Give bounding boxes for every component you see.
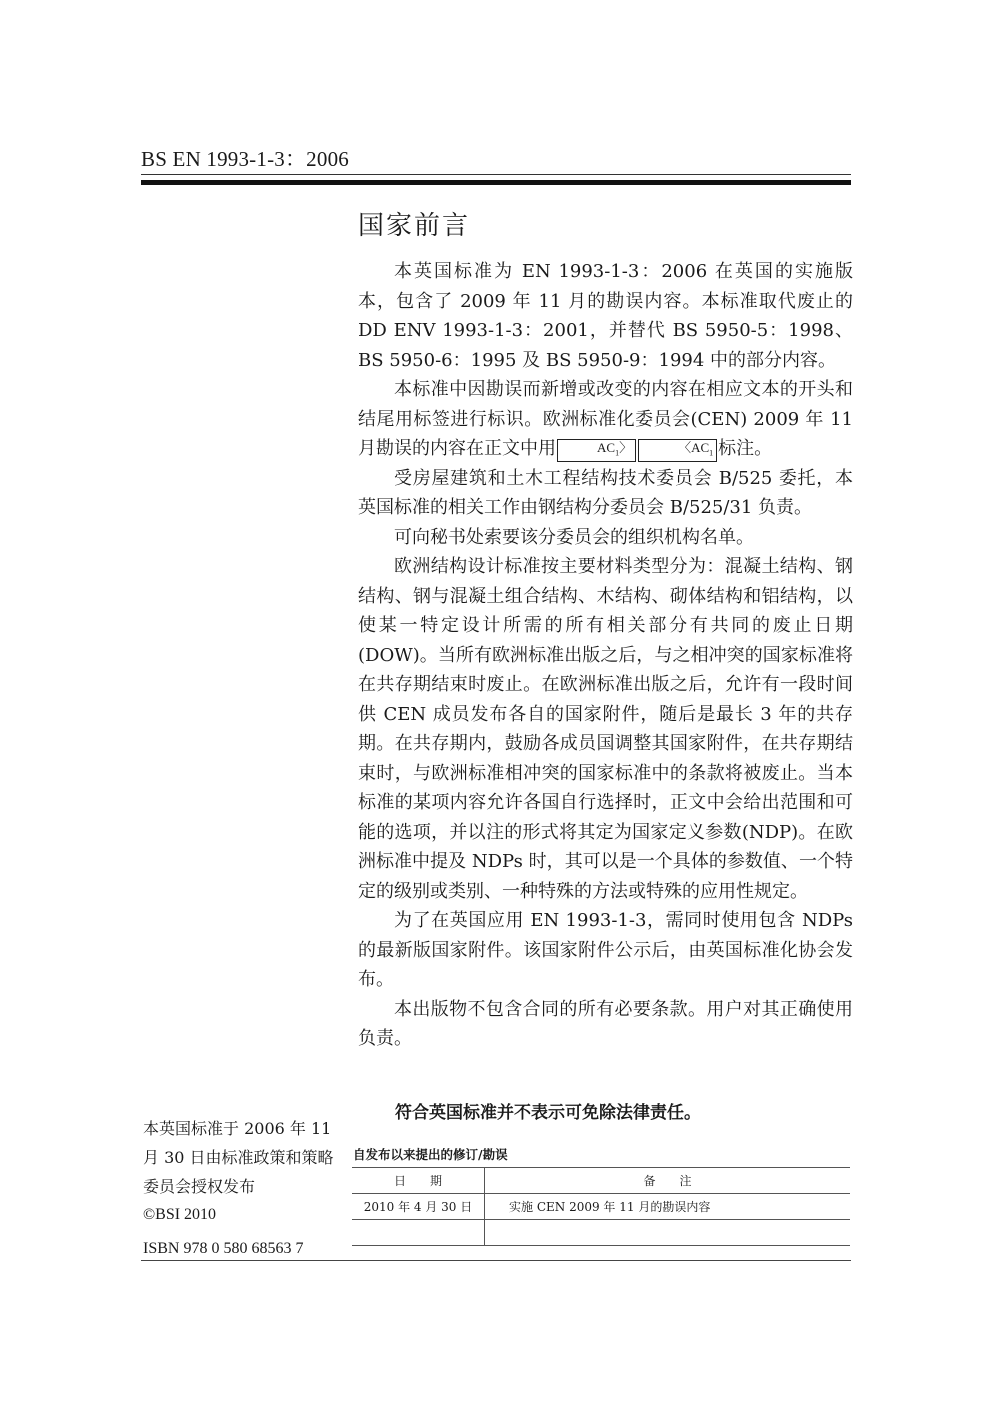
table-row bbox=[352, 1220, 850, 1246]
foreword-body: 本英国标准为 EN 1993-1-3：2006 在英国的实施版本，包含了 200… bbox=[358, 257, 853, 1054]
paragraph: 欧洲结构设计标准按主要材料类型分为：混凝土结构、钢结构、钢与混凝土组合结构、木结… bbox=[358, 552, 853, 906]
cell-date: 2010 年 4 月 30 日 bbox=[352, 1194, 485, 1220]
footer-rule bbox=[141, 1260, 851, 1261]
table-header-row: 日 期 备 注 bbox=[352, 1168, 850, 1194]
ac-open-tag-icon: AC1〉 bbox=[557, 439, 636, 462]
column-header-date: 日 期 bbox=[352, 1168, 485, 1194]
copyright: ©BSI 2010 bbox=[143, 1206, 216, 1224]
document-id: BS EN 1993-1-3：2006 bbox=[141, 143, 349, 173]
paragraph: 本出版物不包含合同的所有必要条款。用户对其正确使用负责。 bbox=[358, 995, 853, 1054]
cell-date bbox=[352, 1220, 485, 1246]
amendments-title: 自发布以来提出的修订/勘误 bbox=[353, 1145, 508, 1163]
header-rule-thick bbox=[141, 180, 851, 185]
publication-note: 本英国标准于 2006 年 11 月 30 日由标准政策和策略委员会授权发布 bbox=[143, 1114, 348, 1201]
header-rule-thin bbox=[141, 174, 851, 175]
column-header-remarks: 备 注 bbox=[485, 1168, 851, 1194]
cell-remarks: 实施 CEN 2009 年 11 月的勘误内容 bbox=[485, 1194, 851, 1220]
isbn: ISBN 978 0 580 68563 7 bbox=[143, 1240, 303, 1258]
paragraph: 可向秘书处索要该分委员会的组织机构名单。 bbox=[358, 523, 853, 553]
ac-close-tag-icon: 〈AC1 bbox=[638, 439, 717, 462]
cell-remarks bbox=[485, 1220, 851, 1246]
table-row: 2010 年 4 月 30 日 实施 CEN 2009 年 11 月的勘误内容 bbox=[352, 1194, 850, 1220]
paragraph: 受房屋建筑和土木工程结构技术委员会 B/525 委托，本英国标准的相关工作由钢结… bbox=[358, 464, 853, 523]
amendments-table: 日 期 备 注 2010 年 4 月 30 日 实施 CEN 2009 年 11… bbox=[352, 1167, 850, 1246]
paragraph: 本标准中因勘误而新增或改变的内容在相应文本的开头和结尾用标签进行标识。欧洲标准化… bbox=[358, 375, 853, 464]
legal-notice: 符合英国标准并不表示可免除法律责任。 bbox=[395, 1098, 701, 1123]
paragraph: 本英国标准为 EN 1993-1-3：2006 在英国的实施版本，包含了 200… bbox=[358, 257, 853, 375]
paragraph: 为了在英国应用 EN 1993-1-3，需同时使用包含 NDPs 的最新版国家附… bbox=[358, 906, 853, 995]
page-title: 国家前言 bbox=[358, 205, 470, 242]
paragraph-text: 标注。 bbox=[718, 438, 772, 459]
